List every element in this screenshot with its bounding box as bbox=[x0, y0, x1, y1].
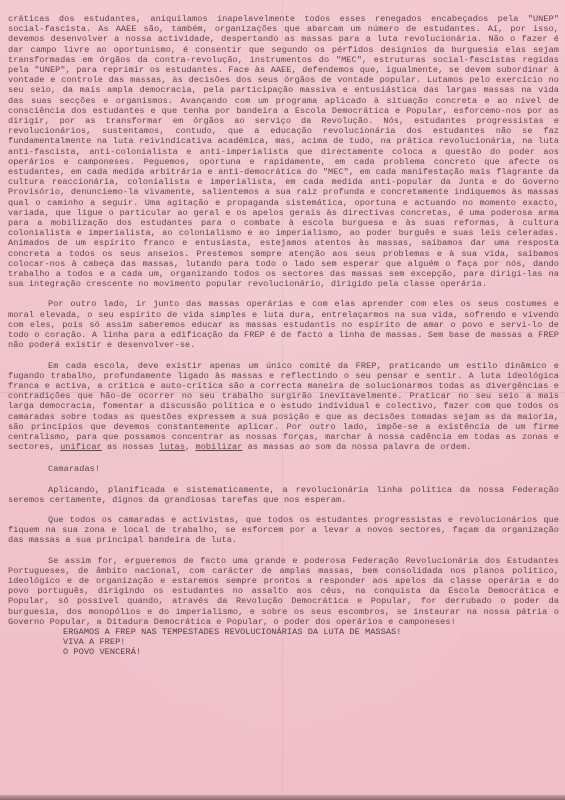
paragraph-political-line: Aplicando, planificada e sistematicament… bbox=[8, 485, 559, 505]
paragraph-gap bbox=[8, 351, 559, 361]
paragraph-gap bbox=[8, 475, 559, 485]
text-run: as nossas bbox=[102, 442, 159, 452]
underlined-word-unificar: unificar bbox=[60, 442, 102, 452]
slogan-o-povo-vencera: O POVO VENCERÁ! bbox=[63, 647, 559, 657]
text-run: Em cada escola, deve existir apenas um ú… bbox=[8, 361, 559, 453]
text-run: , bbox=[185, 442, 195, 452]
paragraph-gap bbox=[8, 289, 559, 299]
paragraph-gap bbox=[8, 546, 559, 556]
slogan-viva-a-frep: VIVA A FREP! bbox=[63, 637, 559, 647]
paragraph-gap bbox=[8, 452, 559, 464]
paragraph-school-committee: Em cada escola, deve existir apenas um ú… bbox=[8, 361, 559, 453]
closing-slogans: ERGAMOS A FREP NAS TEMPESTADES REVOLUCIO… bbox=[8, 627, 559, 658]
paragraph-federation-vision: Se assim for, ergueremos de facto uma gr… bbox=[8, 556, 559, 627]
text-run: as massas ao som da nossa palavra de ord… bbox=[242, 442, 471, 452]
typewritten-body: cráticas dos estudantes, aniquilamos ina… bbox=[8, 14, 559, 658]
paragraph-aaee-organizations: cráticas dos estudantes, aniquilamos ina… bbox=[8, 14, 559, 289]
underlined-word-lutas: lutas bbox=[159, 442, 185, 452]
slogan-erguamos-a-frep: ERGAMOS A FREP NAS TEMPESTADES REVOLUCIO… bbox=[63, 627, 559, 637]
paragraph-gap bbox=[8, 505, 559, 515]
paragraph-activists-call: Que todos os camaradas e activistas, que… bbox=[8, 515, 559, 546]
salutation-camaradas: Camaradas! bbox=[8, 464, 559, 474]
pink-paper-page: cráticas dos estudantes, aniquilamos ina… bbox=[0, 0, 565, 800]
underlined-word-mobilizar: mobilizar bbox=[196, 442, 243, 452]
paragraph-mass-line: Por outro lado, ir junto das massas oper… bbox=[8, 299, 559, 350]
paper-bottom-edge bbox=[0, 795, 565, 800]
